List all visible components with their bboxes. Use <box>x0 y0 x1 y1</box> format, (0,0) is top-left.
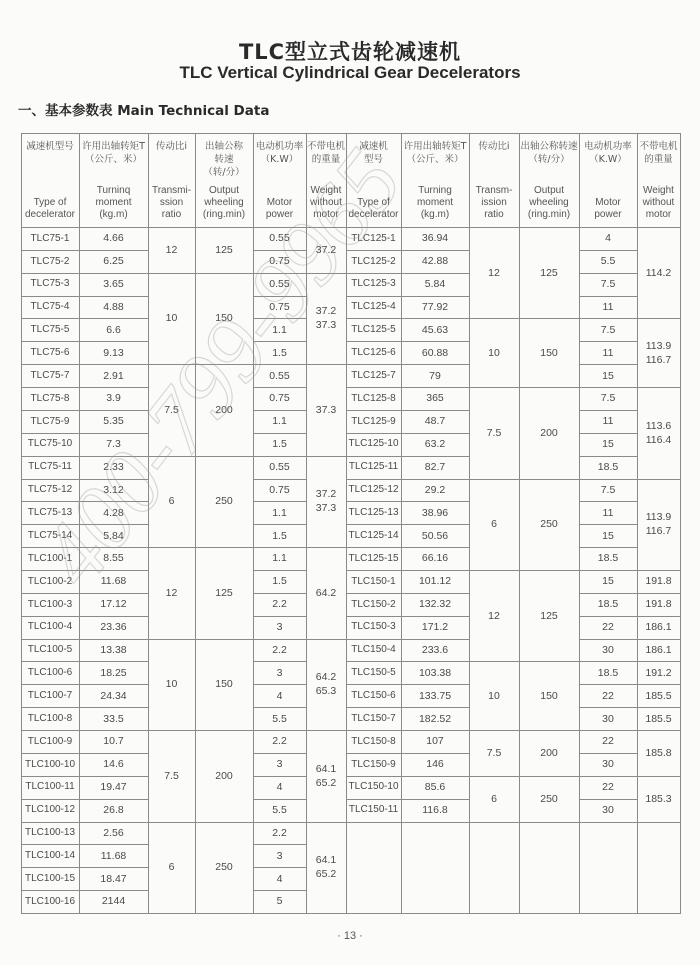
torque-cell: 60.88 <box>401 341 469 364</box>
ratio-cell: 6 <box>148 822 195 913</box>
model-cell: TLC125-15 <box>346 547 401 570</box>
model-cell: TLC150-2 <box>346 593 401 616</box>
torque-cell: 79 <box>401 364 469 387</box>
header-label-en: Output wheeling (ring.min) <box>203 185 245 221</box>
header-label-en: Output wheeling (ring.min) <box>528 185 570 221</box>
torque-cell: 23.36 <box>79 616 148 639</box>
table-rule <box>579 133 580 914</box>
torque-cell: 103.38 <box>401 661 469 684</box>
motor-power-cell: 1.5 <box>253 341 306 364</box>
table-rule <box>680 133 681 914</box>
header-label-cn: 减速机型号 <box>26 141 74 154</box>
table-rule <box>401 133 402 914</box>
column-header: 电动机功率 （K.W）Motor power <box>253 133 306 227</box>
motor-power-cell: 3 <box>253 753 306 776</box>
model-cell: TLC75-4 <box>21 296 79 319</box>
torque-cell: 2.91 <box>79 364 148 387</box>
header-label-cn: 传动比i <box>478 141 509 154</box>
torque-cell: 132.32 <box>401 593 469 616</box>
model-cell: TLC150-6 <box>346 684 401 707</box>
torque-cell: 233.6 <box>401 639 469 662</box>
column-header: 电动机功率 （K.W）Motor power <box>579 133 637 227</box>
motor-power-cell: 0.55 <box>253 364 306 387</box>
weight-cell: 37.2 37.3 <box>306 456 346 547</box>
motor-power-cell: 22 <box>579 776 637 799</box>
motor-power-cell: 1.1 <box>253 547 306 570</box>
header-label-en: Type of decelerator <box>348 197 398 221</box>
torque-cell: 18.47 <box>79 867 148 890</box>
torque-cell: 101.12 <box>401 570 469 593</box>
column-header: 传动比iTransmi- ssion ratio <box>148 133 195 227</box>
motor-power-cell: 0.75 <box>253 479 306 502</box>
torque-cell: 36.94 <box>401 227 469 250</box>
model-cell: TLC75-7 <box>21 364 79 387</box>
speed-cell: 250 <box>195 822 253 913</box>
weight-cell: 185.5 <box>637 707 680 730</box>
torque-cell: 85.6 <box>401 776 469 799</box>
model-cell: TLC125-14 <box>346 524 401 547</box>
weight-cell: 113.9 116.7 <box>637 479 680 570</box>
weight-cell: 37.2 <box>306 227 346 273</box>
model-cell: TLC100-15 <box>21 867 79 890</box>
motor-power-cell: 5 <box>253 890 306 913</box>
model-cell: TLC100-16 <box>21 890 79 913</box>
speed-cell: 125 <box>519 227 579 318</box>
torque-cell: 5.84 <box>401 273 469 296</box>
speed-cell: 150 <box>519 318 579 387</box>
motor-power-cell: 0.75 <box>253 387 306 410</box>
motor-power-cell: 4 <box>253 684 306 707</box>
motor-power-cell: 22 <box>579 684 637 707</box>
speed-cell: 250 <box>195 456 253 547</box>
table-rule <box>519 822 580 823</box>
model-cell: TLC125-8 <box>346 387 401 410</box>
header-label-en: Turninq moment (kg.m) <box>95 185 131 221</box>
motor-power-cell: 7.5 <box>579 273 637 296</box>
model-cell: TLC125-12 <box>346 479 401 502</box>
ratio-cell: 7.5 <box>469 730 519 776</box>
weight-cell: 113.9 116.7 <box>637 318 680 387</box>
motor-power-cell: 4 <box>579 227 637 250</box>
torque-cell: 63.2 <box>401 433 469 456</box>
motor-power-cell: 4 <box>253 776 306 799</box>
table-rule <box>637 133 638 914</box>
header-label-en: Weight without motor <box>310 185 342 221</box>
model-cell: TLC75-12 <box>21 479 79 502</box>
motor-power-cell: 15 <box>579 433 637 456</box>
torque-cell: 5.35 <box>79 410 148 433</box>
column-header: 许用出轴转矩T （公斤、米）Turning moment (kg.m) <box>401 133 469 227</box>
ratio-cell: 12 <box>469 227 519 318</box>
motor-power-cell: 11 <box>579 410 637 433</box>
model-cell: TLC150-9 <box>346 753 401 776</box>
torque-cell: 3.12 <box>79 479 148 502</box>
model-cell: TLC100-11 <box>21 776 79 799</box>
model-cell: TLC75-5 <box>21 318 79 341</box>
motor-power-cell: 15 <box>579 524 637 547</box>
torque-cell: 6.25 <box>79 250 148 273</box>
ratio-cell: 7.5 <box>148 730 195 821</box>
motor-power-cell: 0.55 <box>253 273 306 296</box>
motor-power-cell: 0.55 <box>253 227 306 250</box>
model-cell: TLC125-3 <box>346 273 401 296</box>
model-cell: TLC150-4 <box>346 639 401 662</box>
weight-cell: 37.3 <box>306 364 346 455</box>
header-label-cn: 许用出轴转矩T （公斤、米） <box>82 141 145 167</box>
table-rule <box>79 133 80 914</box>
torque-cell: 2.33 <box>79 456 148 479</box>
technical-data-table: 减速机型号Type of decelerator许用出轴转矩T （公斤、米）Tu… <box>0 0 700 965</box>
motor-power-cell: 18.5 <box>579 456 637 479</box>
ratio-cell: 6 <box>469 776 519 822</box>
motor-power-cell: 2.2 <box>253 593 306 616</box>
weight-cell: 186.1 <box>637 639 680 662</box>
speed-cell: 125 <box>195 547 253 638</box>
motor-power-cell: 11 <box>579 501 637 524</box>
header-label-en: Transm- ission ratio <box>476 185 513 221</box>
torque-cell: 10.7 <box>79 730 148 753</box>
torque-cell: 42.88 <box>401 250 469 273</box>
torque-cell: 33.5 <box>79 707 148 730</box>
column-header: 许用出轴转矩T （公斤、米）Turninq moment (kg.m) <box>79 133 148 227</box>
model-cell: TLC75-6 <box>21 341 79 364</box>
table-rule <box>579 822 638 823</box>
torque-cell: 5.84 <box>79 524 148 547</box>
torque-cell: 107 <box>401 730 469 753</box>
model-cell: TLC150-3 <box>346 616 401 639</box>
weight-cell: 114.2 <box>637 227 680 318</box>
model-cell: TLC125-5 <box>346 318 401 341</box>
motor-power-cell: 3 <box>253 844 306 867</box>
torque-cell: 17.12 <box>79 593 148 616</box>
model-cell: TLC100-14 <box>21 844 79 867</box>
torque-cell: 14.6 <box>79 753 148 776</box>
header-label-cn: 许用出轴转矩T （公斤、米） <box>404 141 467 167</box>
torque-cell: 4.66 <box>79 227 148 250</box>
ratio-cell: 10 <box>469 661 519 730</box>
ratio-cell: 12 <box>148 227 195 273</box>
torque-cell: 146 <box>401 753 469 776</box>
model-cell: TLC75-1 <box>21 227 79 250</box>
model-cell: TLC100-9 <box>21 730 79 753</box>
model-cell: TLC100-3 <box>21 593 79 616</box>
ratio-cell: 6 <box>469 479 519 570</box>
weight-cell: 37.2 37.3 <box>306 273 346 364</box>
weight-cell: 191.8 <box>637 570 680 593</box>
motor-power-cell: 1.1 <box>253 501 306 524</box>
speed-cell: 200 <box>519 387 579 478</box>
model-cell: TLC125-2 <box>346 250 401 273</box>
weight-cell: 113.6 116.4 <box>637 387 680 478</box>
speed-cell: 150 <box>519 661 579 730</box>
header-label-cn: 出轴公称转速 （转/分） <box>520 141 577 167</box>
motor-power-cell: 0.75 <box>253 250 306 273</box>
torque-cell: 365 <box>401 387 469 410</box>
weight-cell: 191.2 <box>637 661 680 684</box>
model-cell: TLC100-7 <box>21 684 79 707</box>
speed-cell: 125 <box>195 227 253 273</box>
torque-cell: 171.2 <box>401 616 469 639</box>
table-rule <box>148 133 149 914</box>
torque-cell: 4.88 <box>79 296 148 319</box>
motor-power-cell: 30 <box>579 639 637 662</box>
torque-cell: 9.13 <box>79 341 148 364</box>
torque-cell: 38.96 <box>401 501 469 524</box>
model-cell: TLC75-11 <box>21 456 79 479</box>
weight-cell: 64.2 <box>306 547 346 638</box>
model-cell: TLC75-10 <box>21 433 79 456</box>
motor-power-cell: 30 <box>579 753 637 776</box>
torque-cell: 82.7 <box>401 456 469 479</box>
model-cell: TLC100-5 <box>21 639 79 662</box>
table-rule <box>195 133 196 914</box>
motor-power-cell: 30 <box>579 707 637 730</box>
model-cell: TLC150-7 <box>346 707 401 730</box>
motor-power-cell: 7.5 <box>579 387 637 410</box>
table-rule <box>21 133 22 914</box>
speed-cell: 150 <box>195 273 253 364</box>
torque-cell: 116.8 <box>401 799 469 822</box>
table-rule <box>346 133 347 914</box>
model-cell: TLC100-13 <box>21 822 79 845</box>
motor-power-cell: 5.5 <box>253 707 306 730</box>
model-cell: TLC150-1 <box>346 570 401 593</box>
column-header: 不带电机 的重量Weight without motor <box>306 133 346 227</box>
torque-cell: 24.34 <box>79 684 148 707</box>
motor-power-cell: 22 <box>579 616 637 639</box>
model-cell: TLC125-13 <box>346 501 401 524</box>
model-cell: TLC100-8 <box>21 707 79 730</box>
weight-cell: 64.2 65.3 <box>306 639 346 730</box>
motor-power-cell: 1.5 <box>253 524 306 547</box>
torque-cell: 18.25 <box>79 661 148 684</box>
torque-cell: 48.7 <box>401 410 469 433</box>
table-rule <box>469 133 470 914</box>
motor-power-cell: 7.5 <box>579 318 637 341</box>
torque-cell: 11.68 <box>79 570 148 593</box>
weight-cell: 64.1 65.2 <box>306 730 346 821</box>
torque-cell: 50.56 <box>401 524 469 547</box>
weight-cell: 185.3 <box>637 776 680 822</box>
motor-power-cell: 2.2 <box>253 822 306 845</box>
weight-cell: 186.1 <box>637 616 680 639</box>
model-cell: TLC125-1 <box>346 227 401 250</box>
column-header: 出轴公称转速 （转/分）Output wheeling (ring.min) <box>519 133 579 227</box>
motor-power-cell: 4 <box>253 867 306 890</box>
column-header: 减速机型号Type of decelerator <box>21 133 79 227</box>
model-cell: TLC150-10 <box>346 776 401 799</box>
torque-cell: 6.6 <box>79 318 148 341</box>
model-cell: TLC125-9 <box>346 410 401 433</box>
ratio-cell: 12 <box>469 570 519 661</box>
torque-cell: 8.55 <box>79 547 148 570</box>
weight-cell: 185.8 <box>637 730 680 776</box>
motor-power-cell: 1.5 <box>253 433 306 456</box>
table-rule <box>21 133 681 134</box>
torque-cell: 4.28 <box>79 501 148 524</box>
speed-cell: 125 <box>519 570 579 661</box>
motor-power-cell: 0.55 <box>253 456 306 479</box>
weight-cell: 191.8 <box>637 593 680 616</box>
model-cell: TLC75-13 <box>21 501 79 524</box>
header-label-en: Type of decelerator <box>25 197 75 221</box>
header-label-cn: 不带电机 的重量 <box>639 141 677 167</box>
motor-power-cell: 1.1 <box>253 410 306 433</box>
ratio-cell: 10 <box>148 273 195 364</box>
ratio-cell: 10 <box>469 318 519 387</box>
motor-power-cell: 22 <box>579 730 637 753</box>
motor-power-cell: 0.75 <box>253 296 306 319</box>
table-rule <box>519 133 520 914</box>
model-cell: TLC100-4 <box>21 616 79 639</box>
table-rule <box>637 822 681 823</box>
header-label-cn: 不带电机 的重量 <box>307 141 345 167</box>
motor-power-cell: 3 <box>253 616 306 639</box>
speed-cell: 200 <box>519 730 579 776</box>
page-number: · 13 · <box>0 930 700 942</box>
torque-cell: 13.38 <box>79 639 148 662</box>
torque-cell: 29.2 <box>401 479 469 502</box>
column-header: 传动比iTransm- ission ratio <box>469 133 519 227</box>
table-rule <box>469 822 520 823</box>
model-cell: TLC75-9 <box>21 410 79 433</box>
table-rule <box>306 133 307 914</box>
ratio-cell: 12 <box>148 547 195 638</box>
speed-cell: 200 <box>195 730 253 821</box>
header-label-en: Weight without motor <box>643 185 675 221</box>
model-cell: TLC125-7 <box>346 364 401 387</box>
model-cell: TLC75-14 <box>21 524 79 547</box>
header-label-en: Motor power <box>266 197 293 221</box>
header-label-cn: 减速机 型号 <box>359 141 388 167</box>
torque-cell: 66.16 <box>401 547 469 570</box>
motor-power-cell: 30 <box>579 799 637 822</box>
column-header: 不带电机 的重量Weight without motor <box>637 133 680 227</box>
speed-cell: 250 <box>519 776 579 822</box>
torque-cell: 26.8 <box>79 799 148 822</box>
torque-cell: 19.47 <box>79 776 148 799</box>
motor-power-cell: 2.2 <box>253 639 306 662</box>
motor-power-cell: 5.5 <box>579 250 637 273</box>
ratio-cell: 7.5 <box>469 387 519 478</box>
header-label-en: Turning moment (kg.m) <box>417 185 453 221</box>
model-cell: TLC125-6 <box>346 341 401 364</box>
table-rule <box>21 913 681 914</box>
motor-power-cell: 18.5 <box>579 547 637 570</box>
speed-cell: 150 <box>195 639 253 730</box>
column-header: 减速机 型号Type of decelerator <box>346 133 401 227</box>
torque-cell: 2144 <box>79 890 148 913</box>
model-cell: TLC75-3 <box>21 273 79 296</box>
speed-cell: 200 <box>195 364 253 455</box>
motor-power-cell: 11 <box>579 296 637 319</box>
model-cell: TLC125-10 <box>346 433 401 456</box>
header-label-cn: 电动机功率 （K.W） <box>256 141 304 167</box>
motor-power-cell: 7.5 <box>579 479 637 502</box>
motor-power-cell: 15 <box>579 364 637 387</box>
table-rule <box>21 227 681 228</box>
model-cell: TLC100-12 <box>21 799 79 822</box>
motor-power-cell: 1.5 <box>253 570 306 593</box>
torque-cell: 2.56 <box>79 822 148 845</box>
header-label-cn: 传动比i <box>156 141 187 154</box>
weight-cell: 64.1 65.2 <box>306 822 346 913</box>
ratio-cell: 6 <box>148 456 195 547</box>
table-rule <box>253 133 254 914</box>
header-label-en: Transmi- ssion ratio <box>152 185 191 221</box>
header-label-cn: 出轴公称 转速 （转/分） <box>203 141 244 179</box>
motor-power-cell: 3 <box>253 661 306 684</box>
ratio-cell: 7.5 <box>148 364 195 455</box>
motor-power-cell: 5.5 <box>253 799 306 822</box>
model-cell: TLC75-8 <box>21 387 79 410</box>
column-header: 出轴公称 转速 （转/分）Output wheeling (ring.min) <box>195 133 253 227</box>
model-cell: TLC75-2 <box>21 250 79 273</box>
model-cell: TLC125-4 <box>346 296 401 319</box>
model-cell: TLC150-11 <box>346 799 401 822</box>
torque-cell: 11.68 <box>79 844 148 867</box>
torque-cell: 3.65 <box>79 273 148 296</box>
model-cell: TLC100-2 <box>21 570 79 593</box>
motor-power-cell: 18.5 <box>579 661 637 684</box>
model-cell: TLC100-1 <box>21 547 79 570</box>
motor-power-cell: 11 <box>579 341 637 364</box>
motor-power-cell: 18.5 <box>579 593 637 616</box>
torque-cell: 77.92 <box>401 296 469 319</box>
speed-cell: 250 <box>519 479 579 570</box>
motor-power-cell: 1.1 <box>253 318 306 341</box>
model-cell: TLC150-8 <box>346 730 401 753</box>
weight-cell: 185.5 <box>637 684 680 707</box>
torque-cell: 7.3 <box>79 433 148 456</box>
torque-cell: 182.52 <box>401 707 469 730</box>
motor-power-cell: 15 <box>579 570 637 593</box>
model-cell: TLC100-6 <box>21 661 79 684</box>
motor-power-cell: 2.2 <box>253 730 306 753</box>
model-cell: TLC125-11 <box>346 456 401 479</box>
torque-cell: 133.75 <box>401 684 469 707</box>
model-cell: TLC100-10 <box>21 753 79 776</box>
ratio-cell: 10 <box>148 639 195 730</box>
table-rule <box>346 822 470 823</box>
model-cell: TLC150-5 <box>346 661 401 684</box>
torque-cell: 3.9 <box>79 387 148 410</box>
header-label-cn: 电动机功率 （K.W） <box>584 141 632 167</box>
torque-cell: 45.63 <box>401 318 469 341</box>
header-label-en: Motor power <box>594 197 621 221</box>
